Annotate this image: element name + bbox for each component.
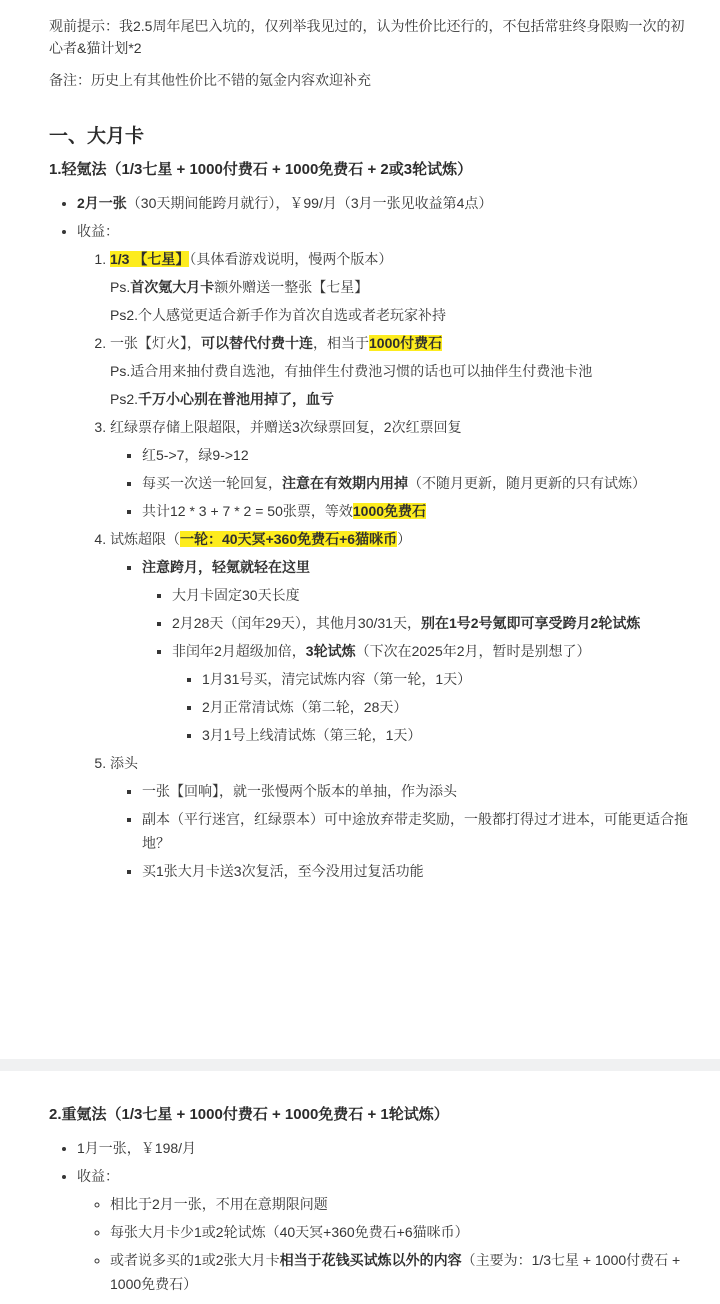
extra-item-text: 买1张大月卡送3次复活，至今没用过复活功能 — [142, 863, 424, 879]
heading-heavy-spend: 2.重氪法（1/3七星 + 1000付费石 + 1000免费石 + 1轮试炼） — [49, 1103, 696, 1127]
text-run: 注意在有效期内用掉 — [282, 475, 408, 491]
highlight-run: 一轮：40天冥+360免费石+6猫咪币 — [180, 531, 397, 547]
text-run: 别在1号2号氪即可享受跨月2轮试炼 — [421, 615, 640, 631]
text-run: 首次氪大月卡 — [130, 279, 214, 295]
heavy-spend-list: 1月一张，￥198/月 收益： 相比于2月一张，不用在意期限问题 每张大月卡少1… — [49, 1136, 696, 1296]
benefit-seven-star: 1/3 【七星】（具体看游戏说明，慢两个版本） Ps.首次氪大月卡额外赠送一整张… — [110, 247, 696, 327]
trial-detail: 2月28天（闰年29天），其他月30/31天，别在1号2号氪即可享受跨月2轮试炼 — [172, 611, 696, 635]
text-run: 3月1号上线清试炼（第三轮，1天） — [202, 727, 421, 743]
trial-cross-month-text: 注意跨月，轻氪就轻在这里 — [142, 559, 310, 575]
bullet-benefits: 收益： 1/3 【七星】（具体看游戏说明，慢两个版本） Ps.首次氪大月卡额外赠… — [77, 219, 696, 883]
highlight-run: 1/3 【七星】 — [110, 251, 189, 267]
page-gap-divider — [0, 1059, 720, 1071]
benefit-tickets: 红绿票存储上限超限，并赠送3次绿票回复，2次红票回复 红5->7，绿9->12 … — [110, 415, 696, 523]
benefits-label: 收益： — [77, 223, 119, 239]
trial-schedule-item: 2月正常清试炼（第二轮，28天） — [202, 695, 696, 719]
text-run: （下次在2025年2月，暂时是别想了） — [356, 643, 591, 659]
trial-schedule-item: 1月31号买，清完试炼内容（第一轮，1天） — [202, 667, 696, 691]
ps-note: Ps.适合用来抽付费自选池，有抽伴生付费池习惯的话也可以抽伴生付费池卡池 — [110, 359, 696, 383]
trial-text: 试炼超限（一轮：40天冥+360免费石+6猫咪币） — [110, 531, 411, 547]
text-run: 1月31号买，清完试炼内容（第一轮，1天） — [202, 671, 471, 687]
bullet-purchase-plan: 1月一张，￥198/月 — [77, 1136, 696, 1160]
heavy-benefits-list: 相比于2月一张，不用在意期限问题 每张大月卡少1或2轮试炼（40天冥+360免费… — [77, 1192, 696, 1296]
trial-detail-text: 大月卡固定30天长度 — [172, 587, 300, 603]
benefits-numbered-list: 1/3 【七星】（具体看游戏说明，慢两个版本） Ps.首次氪大月卡额外赠送一整张… — [77, 247, 696, 883]
text-run: （30天期间能跨月就行），￥99/月（3月一张见收益第4点） — [127, 195, 493, 211]
extras-detail-list: 一张【回响】，就一张慢两个版本的单抽，作为添头 副本（平行迷宫，红绿票本）可中途… — [110, 779, 696, 883]
trial-schedule-text: 3月1号上线清试炼（第三轮，1天） — [202, 727, 421, 743]
ticket-detail-text: 共计12 * 3 + 7 * 2 = 50张票，等效1000免费石 — [142, 503, 426, 519]
benefit-extras: 添头 一张【回响】，就一张慢两个版本的单抽，作为添头 副本（平行迷宫，红绿票本）… — [110, 751, 696, 883]
trial-detail: 大月卡固定30天长度 — [172, 583, 696, 607]
heavy-benefit: 或者说多买的1或2张大月卡相当于花钱买试炼以外的内容（主要为：1/3七星 + 1… — [110, 1248, 696, 1296]
text-run: 共计12 * 3 + 7 * 2 = 50张票，等效 — [142, 503, 353, 519]
heavy-benefit-text: 相比于2月一张，不用在意期限问题 — [110, 1196, 328, 1212]
text-run: 红绿票存储上限超限，并赠送3次绿票回复，2次红票回复 — [110, 419, 462, 435]
ps-note: Ps2.个人感觉更适合新手作为首次自选或者老玩家补持 — [110, 303, 696, 327]
text-run: 1.轻氪法（1/3七星 + 1000付费石 + 1000免费石 + 2或3轮试炼… — [49, 161, 472, 178]
text-run: 可以替代付费十连 — [201, 335, 313, 351]
text-run: 一、大月卡 — [49, 126, 144, 147]
text-run: 收益： — [77, 1168, 119, 1184]
heavy-benefit-text: 或者说多买的1或2张大月卡相当于花钱买试炼以外的内容（主要为：1/3七星 + 1… — [110, 1252, 680, 1292]
trial-schedule-item: 3月1号上线清试炼（第三轮，1天） — [202, 723, 696, 747]
benefit-trial: 试炼超限（一轮：40天冥+360免费石+6猫咪币） 注意跨月，轻氪就轻在这里 大… — [110, 527, 696, 747]
extra-item: 副本（平行迷宫，红绿票本）可中途放弃带走奖励，一般都打得过才进本，可能更适合拖地… — [142, 807, 696, 855]
extras-text: 添头 — [110, 755, 138, 771]
highlight-run: 1000付费石 — [369, 335, 442, 351]
text-run: 每买一次送一轮回复， — [142, 475, 282, 491]
text-run: 2.重氪法（1/3七星 + 1000付费石 + 1000免费石 + 1轮试炼） — [49, 1106, 449, 1123]
text-run: Ps.适合用来抽付费自选池，有抽伴生付费池习惯的话也可以抽伴生付费池卡池 — [110, 363, 592, 379]
text-run: Ps2. — [110, 391, 138, 407]
text-run: Ps. — [110, 279, 130, 295]
bullet-purchase-plan: 2月一张（30天期间能跨月就行），￥99/月（3月一张见收益第4点） — [77, 191, 696, 215]
ticket-detail: 共计12 * 3 + 7 * 2 = 50张票，等效1000免费石 — [142, 499, 696, 523]
text-run: 2月一张 — [77, 195, 127, 211]
text-run: ） — [397, 531, 411, 547]
text-run: 备注：历史上有其他性价比不错的氪金内容欢迎补充 — [49, 72, 371, 88]
ticket-detail-text: 每买一次送一轮回复，注意在有效期内用掉（不随月更新，随月更新的只有试炼） — [142, 475, 646, 491]
heading-light-spend: 1.轻氪法（1/3七星 + 1000付费石 + 1000免费石 + 2或3轮试炼… — [49, 158, 696, 182]
heavy-spend-section: 2.重氪法（1/3七星 + 1000付费石 + 1000免费石 + 1轮试炼） … — [0, 1101, 720, 1296]
highlight-run: 1000免费石 — [353, 503, 426, 519]
extra-item: 买1张大月卡送3次复活，至今没用过复活功能 — [142, 859, 696, 883]
ticket-detail: 红5->7，绿9->12 — [142, 443, 696, 467]
ps-note: Ps.首次氪大月卡额外赠送一整张【七星】 — [110, 275, 696, 299]
trial-detail: 非闰年2月超级加倍，3轮试炼（下次在2025年2月，暂时是别想了） 1月31号买… — [172, 639, 696, 747]
text-run: 注意跨月，轻氪就轻在这里 — [142, 559, 310, 575]
text-run: 买1张大月卡送3次复活，至今没用过复活功能 — [142, 863, 424, 879]
seven-star-text: 1/3 【七星】（具体看游戏说明，慢两个版本） — [110, 251, 392, 267]
intro-paragraph: 观前提示：我2.5周年尾巴入坑的，仅列举我见过的，认为性价比还行的，不包括常驻终… — [49, 15, 696, 59]
text-run: 大月卡固定30天长度 — [172, 587, 300, 603]
trial-detail-list: 注意跨月，轻氪就轻在这里 大月卡固定30天长度 2月28天（闰年29天），其他月… — [110, 555, 696, 747]
trial-cross-month-details: 大月卡固定30天长度 2月28天（闰年29天），其他月30/31天，别在1号2号… — [142, 583, 696, 747]
text-run: 1月一张，￥198/月 — [77, 1140, 196, 1156]
text-run: 相比于2月一张，不用在意期限问题 — [110, 1196, 328, 1212]
extra-item-text: 副本（平行迷宫，红绿票本）可中途放弃带走奖励，一般都打得过才进本，可能更适合拖地… — [142, 811, 688, 851]
text-run: 或者说多买的1或2张大月卡 — [110, 1252, 280, 1268]
extra-item-text: 一张【回响】，就一张慢两个版本的单抽，作为添头 — [142, 783, 457, 799]
text-run: 3轮试炼 — [306, 643, 356, 659]
ticket-detail-text: 红5->7，绿9->12 — [142, 447, 249, 463]
purchase-plan-text: 2月一张（30天期间能跨月就行），￥99/月（3月一张见收益第4点） — [77, 195, 492, 211]
trial-detail-text: 非闰年2月超级加倍，3轮试炼（下次在2025年2月，暂时是别想了） — [172, 643, 591, 659]
purchase-plan-text: 1月一张，￥198/月 — [77, 1140, 196, 1156]
note-paragraph: 备注：历史上有其他性价比不错的氪金内容欢迎补充 — [49, 69, 696, 91]
text-run: 千万小心别在普池用掉了，血亏 — [138, 391, 334, 407]
light-spend-list: 2月一张（30天期间能跨月就行），￥99/月（3月一张见收益第4点） 收益： 1… — [49, 191, 696, 883]
document-page: 观前提示：我2.5周年尾巴入坑的，仅列举我见过的，认为性价比还行的，不包括常驻终… — [0, 0, 720, 1304]
trial-schedule-text: 2月正常清试炼（第二轮，28天） — [202, 699, 407, 715]
text-run: 2月正常清试炼（第二轮，28天） — [202, 699, 407, 715]
text-run: （具体看游戏说明，慢两个版本） — [189, 251, 392, 267]
extra-item: 一张【回响】，就一张慢两个版本的单抽，作为添头 — [142, 779, 696, 803]
text-run: 试炼超限（ — [110, 531, 180, 547]
text-run: （不随月更新，随月更新的只有试炼） — [408, 475, 646, 491]
text-run: 非闰年2月超级加倍， — [172, 643, 306, 659]
bullet-benefits: 收益： 相比于2月一张，不用在意期限问题 每张大月卡少1或2轮试炼（40天冥+3… — [77, 1164, 696, 1296]
tickets-detail-list: 红5->7，绿9->12 每买一次送一轮回复，注意在有效期内用掉（不随月更新，随… — [110, 443, 696, 523]
ps-note: Ps2.千万小心别在普池用掉了，血亏 — [110, 387, 696, 411]
lantern-text: 一张【灯火】，可以替代付费十连，相当于1000付费石 — [110, 335, 442, 351]
text-run: 红5->7，绿9->12 — [142, 447, 249, 463]
heading-monthly-card: 一、大月卡 — [49, 123, 696, 151]
ticket-detail: 每买一次送一轮回复，注意在有效期内用掉（不随月更新，随月更新的只有试炼） — [142, 471, 696, 495]
text-run: 相当于花钱买试炼以外的内容 — [280, 1252, 462, 1268]
text-run: 添头 — [110, 755, 138, 771]
trial-detail-text: 2月28天（闰年29天），其他月30/31天，别在1号2号氪即可享受跨月2轮试炼 — [172, 615, 640, 631]
benefits-label: 收益： — [77, 1168, 119, 1184]
text-run: 一张【灯火】， — [110, 335, 201, 351]
heavy-benefit: 相比于2月一张，不用在意期限问题 — [110, 1192, 696, 1216]
text-run: 观前提示：我2.5周年尾巴入坑的，仅列举我见过的，认为性价比还行的，不包括常驻终… — [49, 18, 684, 56]
text-run: 收益： — [77, 223, 119, 239]
heavy-benefit-text: 每张大月卡少1或2轮试炼（40天冥+360免费石+6猫咪币） — [110, 1224, 469, 1240]
tickets-text: 红绿票存储上限超限，并赠送3次绿票回复，2次红票回复 — [110, 419, 462, 435]
trial-schedule-text: 1月31号买，清完试炼内容（第一轮，1天） — [202, 671, 471, 687]
text-run: 2月28天（闰年29天），其他月30/31天， — [172, 615, 421, 631]
text-run: Ps2.个人感觉更适合新手作为首次自选或者老玩家补持 — [110, 307, 446, 323]
benefit-lantern: 一张【灯火】，可以替代付费十连，相当于1000付费石 Ps.适合用来抽付费自选池… — [110, 331, 696, 411]
text-run: ，相当于 — [313, 335, 369, 351]
heavy-benefit: 每张大月卡少1或2轮试炼（40天冥+360免费石+6猫咪币） — [110, 1220, 696, 1244]
trial-schedule-list: 1月31号买，清完试炼内容（第一轮，1天） 2月正常清试炼（第二轮，28天） 3… — [172, 667, 696, 747]
text-run: 一张【回响】，就一张慢两个版本的单抽，作为添头 — [142, 783, 457, 799]
trial-cross-month-note: 注意跨月，轻氪就轻在这里 大月卡固定30天长度 2月28天（闰年29天），其他月… — [142, 555, 696, 747]
text-run: 额外赠送一整张【七星】 — [214, 279, 368, 295]
text-run: 每张大月卡少1或2轮试炼（40天冥+360免费石+6猫咪币） — [110, 1224, 469, 1240]
text-run: 副本（平行迷宫，红绿票本）可中途放弃带走奖励，一般都打得过才进本，可能更适合拖地… — [142, 811, 688, 851]
